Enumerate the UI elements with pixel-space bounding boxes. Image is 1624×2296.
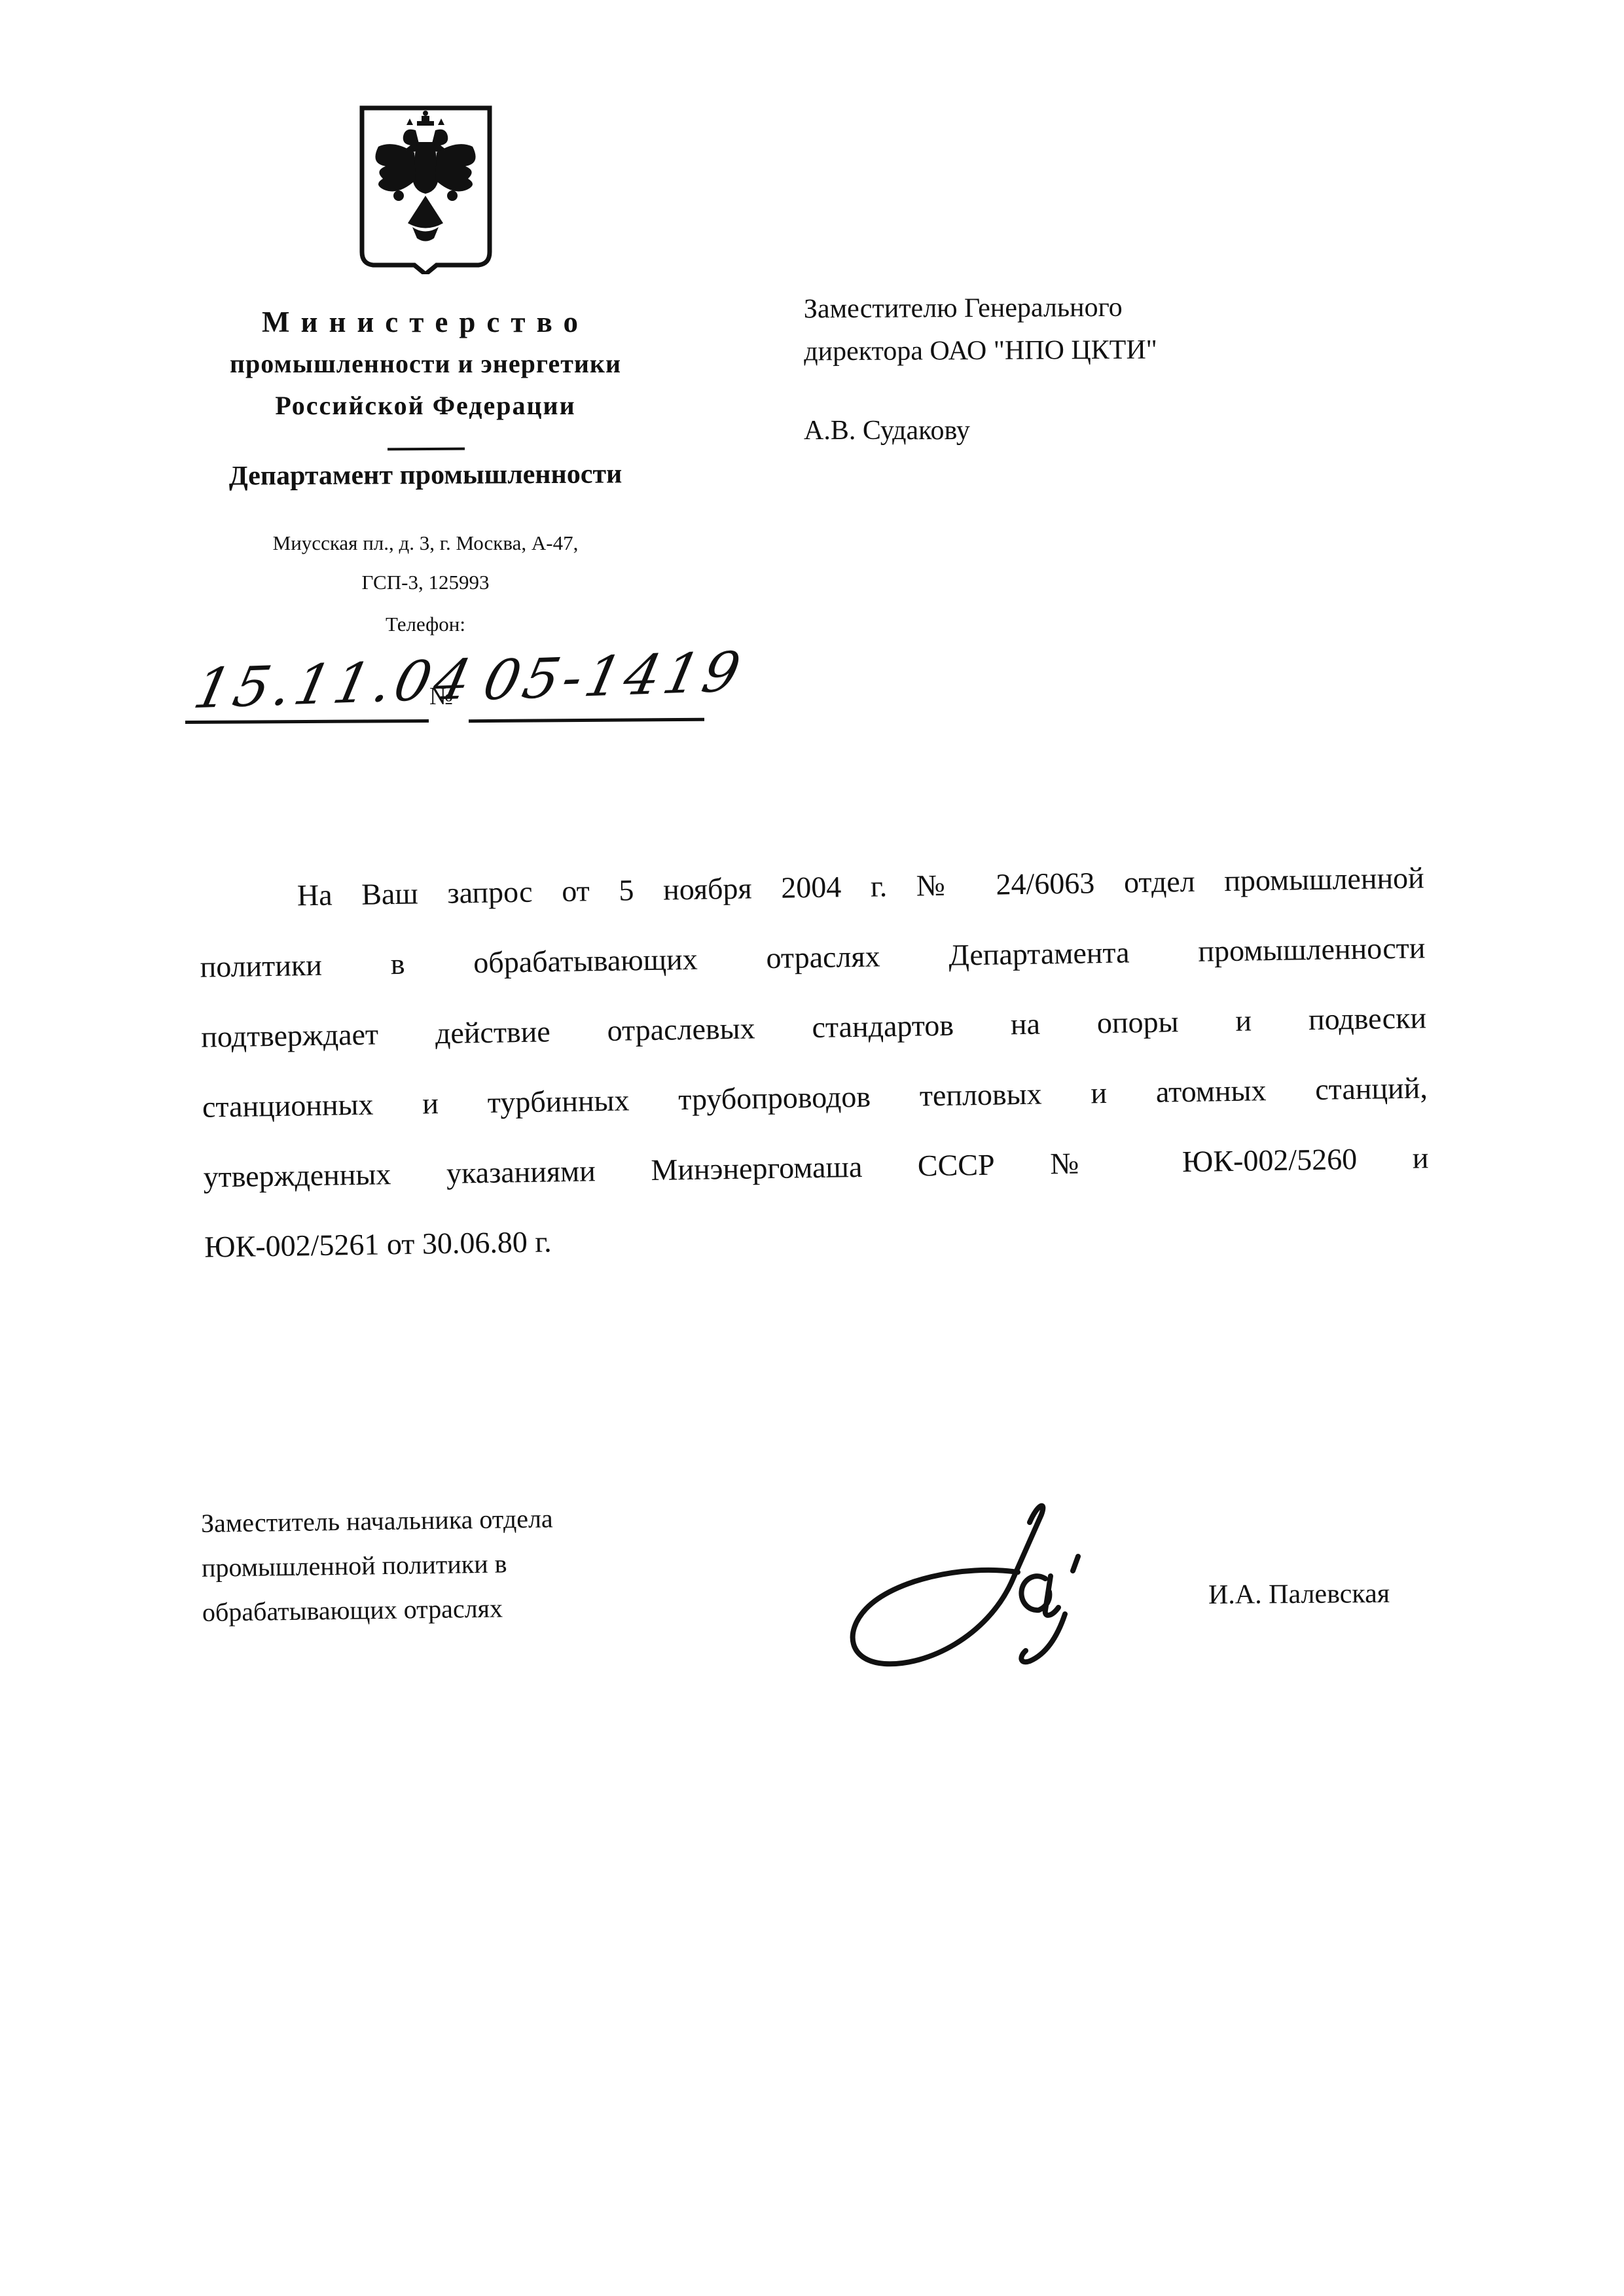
coat-of-arms-icon	[355, 103, 496, 274]
sender-department: Департамент промышленности	[151, 458, 700, 492]
recipient-block: Заместителю Генерального директора ОАО "…	[804, 285, 1394, 374]
ministry-name-line: Российской Федерации	[151, 385, 700, 427]
date-underline	[185, 719, 429, 724]
recipient-name: А.В. Судакову	[804, 415, 970, 446]
sender-address: Миусская пл., д. 3, г. Москва, А-47, ГСП…	[151, 524, 700, 602]
sender-ministry: Министерство промышленности и энергетики…	[151, 301, 700, 427]
number-underline	[469, 718, 704, 723]
recipient-line: директора ОАО "НПО ЦКТИ"	[804, 328, 1393, 374]
number-sign-label: №	[429, 682, 453, 711]
scanned-letter-page: { "document": { "sender": { "emblem": "r…	[0, 0, 1624, 2296]
signer-title: Заместитель начальника отдела промышленн…	[201, 1494, 753, 1635]
signer-title-line: промышленной политики в	[202, 1538, 752, 1590]
recipient-line: Заместителю Генерального	[804, 285, 1393, 331]
letter-body: На Ваш запрос от 5 ноября 2004 г. № 24/6…	[198, 842, 1430, 1282]
signer-title-line: Заместитель начальника отдела	[201, 1494, 751, 1546]
address-line: ГСП-3, 125993	[151, 563, 700, 602]
phone-label: Телефон:	[151, 613, 700, 636]
signature-icon	[821, 1492, 1116, 1669]
signer-name: И.А. Палевская	[1208, 1578, 1390, 1611]
address-line: Миусская пл., д. 3, г. Москва, А-47,	[151, 524, 700, 563]
ministry-name-line: промышленности и энергетики	[151, 343, 700, 385]
handwritten-number: 05-1419	[478, 639, 749, 713]
ministry-name-line: Министерство	[151, 301, 700, 343]
letterhead-divider	[388, 448, 465, 451]
signer-title-line: обрабатывающих отраслях	[202, 1583, 753, 1635]
